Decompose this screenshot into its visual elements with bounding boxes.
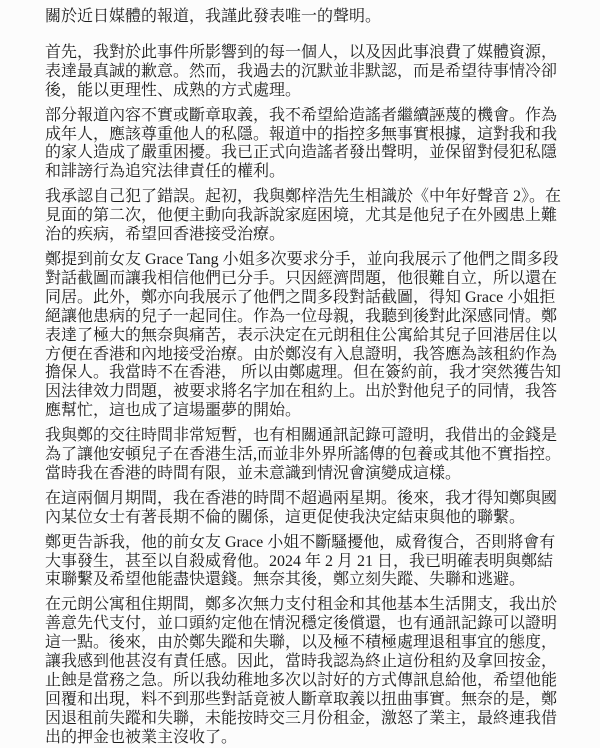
statement-document: 關於近日媒體的報道，我謹此發表唯一的聲明。 首先，我對於此事件所影響到的每一個人…: [0, 0, 600, 748]
statement-paragraph-two-months: 在這兩個月期間，我在香港的時間不超過兩星期。後來，我才得知鄭與國 內某位女士有著…: [45, 490, 561, 528]
statement-paragraph-money-lent: 我與鄭的交往時間非常短暫，也有相關通訊記錄可證明，我借出的金錢是 為了讓他安頓兒…: [45, 427, 561, 484]
statement-opening-line: 關於近日媒體的報道，我謹此發表唯一的聲明。: [45, 8, 561, 27]
statement-paragraph-lease-guarantor: 鄭提到前女友 Grace Tang 小姐多次要求分手，並向我展示了他們之間多段 …: [45, 251, 561, 421]
statement-paragraph-rent-deposit: 在元朗公寓租住期間，鄭多次無力支付租金和其他基本生活開支，我出於 善意先代支付，…: [45, 596, 561, 747]
statement-paragraph-apology: 首先，我對於此事件所影響到的每一個人，以及因此事浪費了媒體資源， 表達最真誠的歉…: [45, 44, 561, 101]
statement-paragraph-meeting: 我承認自己犯了錯誤。起初，我與鄭梓浩先生相識於《中年好聲音 2》。在 見面的第二…: [45, 188, 561, 245]
statement-paragraph-false-reports: 部分報道內容不實或斷章取義，我不希望給造謠者繼續誣蔑的機會。作為 成年人，應該尊…: [45, 107, 561, 183]
statement-paragraph-breakup: 鄭更告訴我，他的前女友 Grace 小姐不斷騷擾他，威脅復合，否則將會有 大事發…: [45, 534, 561, 591]
